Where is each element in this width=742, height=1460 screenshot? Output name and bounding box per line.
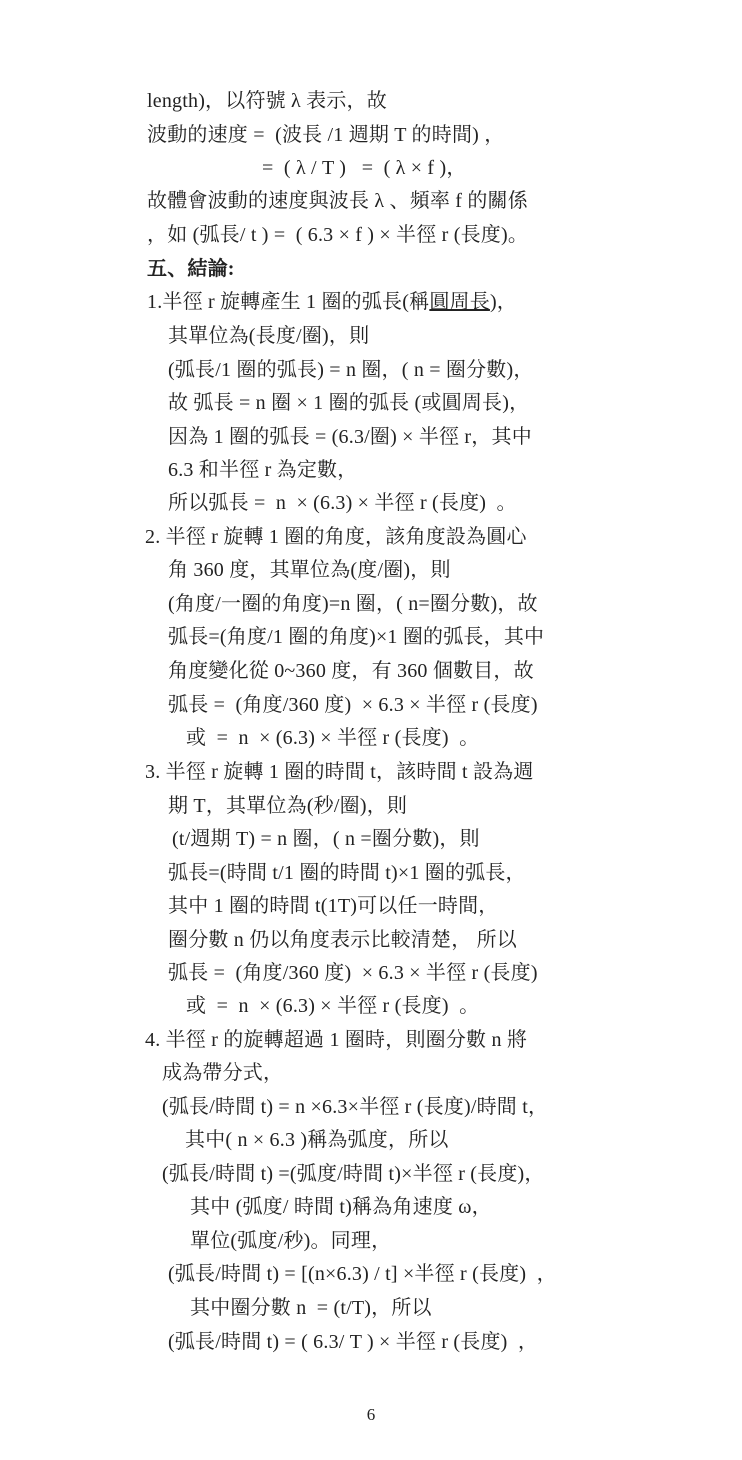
text-line: 故體會波動的速度與波長 λ 、頻率 f 的關係 — [147, 189, 528, 213]
document-page: length)，以符號 λ 表示，故 波動的速度 = (波長 /1 週期 T 的… — [0, 0, 742, 1460]
text-line: (弧長/1 圈的弧長) = n 圈，( n = 圈分數)， — [168, 358, 534, 382]
text-line: 期 T，其單位為(秒/圈)，則 — [168, 794, 407, 818]
list-item-2: 2. 半徑 r 旋轉 1 圈的角度，該角度設為圓心 — [145, 525, 527, 549]
text-line: 成為帶分式， — [162, 1061, 283, 1085]
text-line: 其中( n × 6.3 )稱為弧度，所以 — [185, 1128, 449, 1152]
equation-line: = ( λ / T ) = ( λ × f )， — [262, 156, 467, 180]
text-line: (t/週期 T) = n 圈，( n =圈分數)，則 — [172, 827, 480, 851]
text-line: 或 = n × (6.3) × 半徑 r (長度) 。 — [186, 994, 479, 1018]
text-line: 角 360 度，其單位為(度/圈)，則 — [168, 558, 451, 582]
text-line: 波動的速度 = (波長 /1 週期 T 的時間) ， — [147, 123, 504, 147]
text-line: ，如 (弧長/ t ) = ( 6.3 × f ) × 半徑 r (長度)。 — [147, 223, 528, 247]
text-segment: 1.半徑 r 旋轉產生 1 圈的弧長(稱 — [147, 291, 429, 313]
text-segment: )， — [490, 291, 517, 313]
section-heading: 五、結論: — [147, 257, 235, 281]
text-line: 其中 (弧度/ 時間 t)稱為角速度 ω， — [190, 1195, 492, 1219]
text-line: 弧長 = (角度/360 度) × 6.3 × 半徑 r (長度) — [168, 693, 538, 717]
text-line: (弧長/時間 t) =(弧度/時間 t)×半徑 r (長度)， — [162, 1162, 545, 1186]
text-line: (角度/一圈的角度)=n 圈，( n=圈分數)，故 — [168, 592, 538, 616]
text-line: 或 = n × (6.3) × 半徑 r (長度) 。 — [186, 726, 479, 750]
text-line: 單位(弧度/秒)。同理， — [190, 1229, 391, 1253]
text-line: 所以弧長 = n × (6.3) × 半徑 r (長度) 。 — [168, 491, 517, 515]
text-line: 因為 1 圈的弧長 = (6.3/圈) × 半徑 r，其中 — [168, 425, 532, 449]
text-line: (弧長/時間 t) = n ×6.3×半徑 r (長度)/時間 t， — [162, 1095, 548, 1119]
list-item-1: 1.半徑 r 旋轉產生 1 圈的弧長(稱圓周長)， — [147, 290, 517, 314]
text-line: 其單位為(長度/圈)，則 — [168, 324, 369, 348]
text-line: 圈分數 n 仍以角度表示比較清楚， 所以 — [168, 928, 517, 952]
text-line: 其中圈分數 n = (t/T)，所以 — [190, 1296, 432, 1320]
text-line: 弧長 = (角度/360 度) × 6.3 × 半徑 r (長度) — [168, 961, 538, 985]
text-line: 其中 1 圈的時間 t(1T)可以任一時間， — [168, 894, 499, 918]
text-line: length)，以符號 λ 表示，故 — [147, 89, 387, 113]
text-line: 角度變化從 0~360 度，有 360 個數目，故 — [168, 659, 534, 683]
text-line: 弧長=(時間 t/1 圈的時間 t)×1 圈的弧長， — [168, 861, 526, 885]
page-number: 6 — [0, 1405, 742, 1425]
list-item-3: 3. 半徑 r 旋轉 1 圈的時間 t，該時間 t 設為週 — [145, 760, 534, 784]
text-line: (弧長/時間 t) = ( 6.3/ T ) × 半徑 r (長度) ， — [168, 1330, 538, 1354]
text-line: 6.3 和半徑 r 為定數， — [168, 458, 357, 482]
text-line: 弧長=(角度/1 圈的角度)×1 圈的弧長，其中 — [168, 625, 544, 649]
underlined-term: 圓周長 — [429, 291, 490, 313]
list-item-4: 4. 半徑 r 的旋轉超過 1 圈時，則圈分數 n 將 — [145, 1028, 527, 1052]
text-line: (弧長/時間 t) = [(n×6.3) / t] ×半徑 r (長度) ， — [168, 1262, 557, 1286]
text-line: 故 弧長 = n 圈 × 1 圈的弧長 (或圓周長)， — [168, 391, 529, 415]
